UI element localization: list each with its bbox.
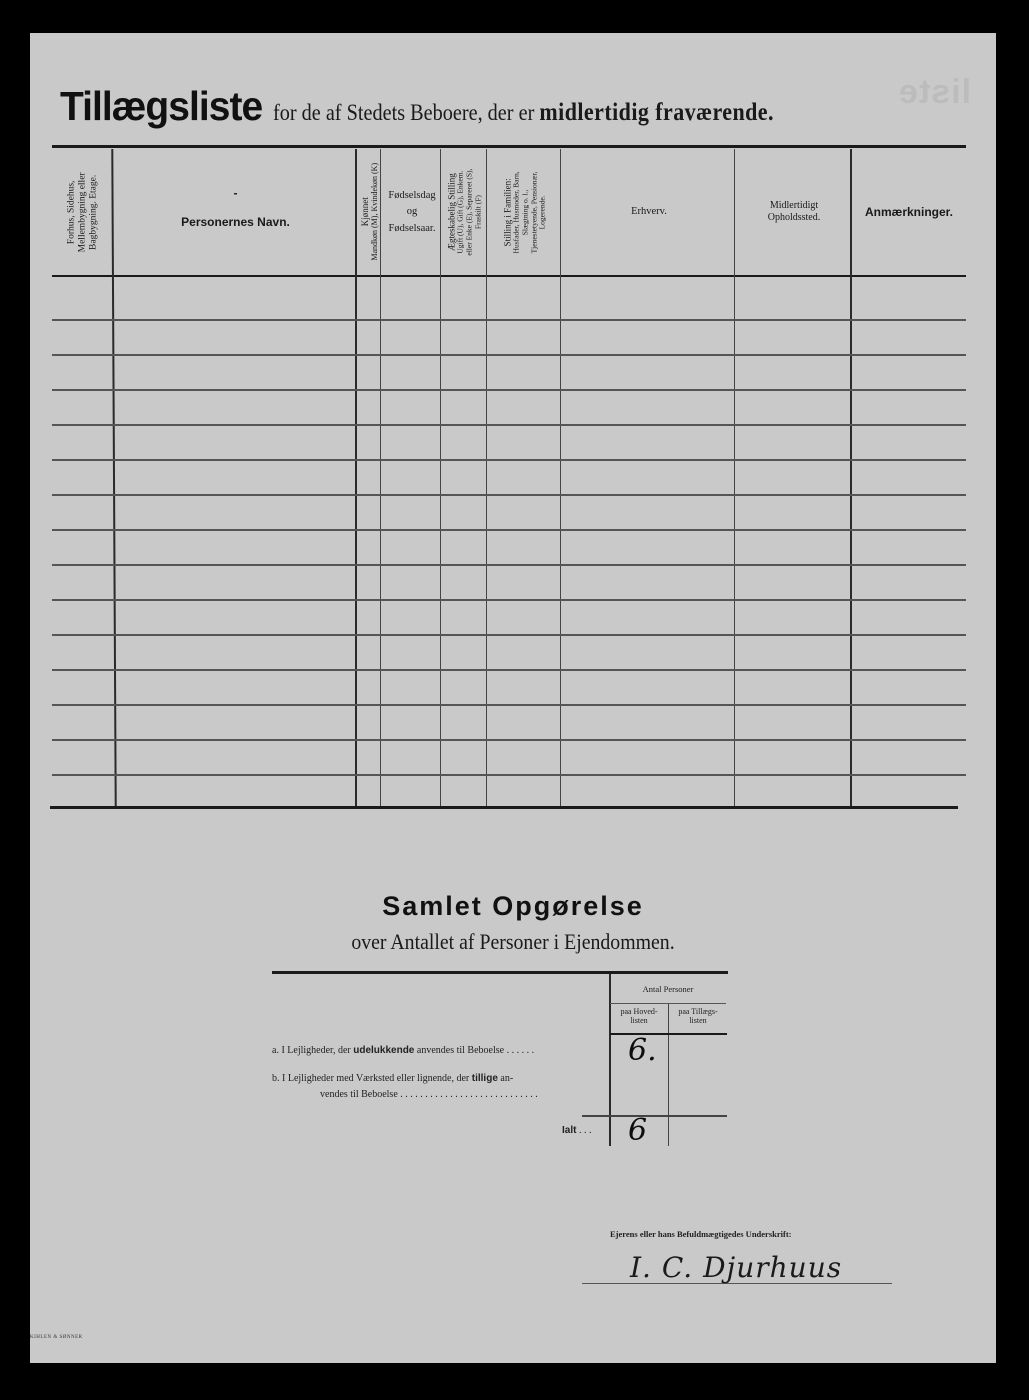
col-divider <box>560 149 561 807</box>
col-header-opholdssted: Midlertidigt Opholdssted. <box>736 149 852 275</box>
row-line <box>52 564 966 566</box>
bleed-through-watermark: liste <box>898 73 971 112</box>
row-line <box>52 704 966 706</box>
row-line <box>52 669 966 671</box>
summary-row-b-label: b. I Lejligheder med Værksted eller lign… <box>272 1073 513 1084</box>
col-divider <box>734 149 735 807</box>
summary-total-hoved-value: 6 <box>628 1113 647 1148</box>
owner-signature: I. C. Djurhuus <box>630 1251 842 1284</box>
title-subtitle: for de af Stedets Beboere, der er midler… <box>273 99 774 127</box>
col-header-anmaerkninger: Anmærkninger. <box>852 149 966 275</box>
table-bottom-rule <box>50 806 958 809</box>
row-line <box>52 739 966 741</box>
printer-imprint: KIHLEN & SØNNER <box>30 1335 83 1340</box>
summary-row-a-hoved-value: 6. <box>628 1033 657 1068</box>
col-divider <box>355 149 357 807</box>
col-header-navn: - Personernes Navn. <box>114 149 357 275</box>
row-line <box>52 494 966 496</box>
col-header-bygning: Forhus, Sidehus, Mellembygning eller Bag… <box>52 149 114 275</box>
row-line <box>52 599 966 601</box>
header-bottom-rule <box>52 275 966 277</box>
col-header-aegteskab: Ægteskabelig Stilling Ugift (U), Gift (G… <box>442 149 488 275</box>
col-header-fodsel: Fødselsdag og Fødselsaar. <box>382 149 442 275</box>
row-line <box>52 459 966 461</box>
row-line <box>52 529 966 531</box>
row-line <box>52 424 966 426</box>
census-form-page: liste Tillægsliste for de af Stedets Beb… <box>30 33 996 1363</box>
group-header-antal-personer: Antal Personer <box>610 984 726 994</box>
col-divider <box>440 149 441 807</box>
signature-label: Ejerens eller hans Befuldmægtigedes Unde… <box>610 1229 791 1239</box>
col-header-familie: Stilling i Familien: Husfader, Husmoder,… <box>488 149 562 275</box>
summary-total-rule <box>582 1115 727 1117</box>
summary-group-rule <box>610 1003 726 1004</box>
summary-title: Samlet Opgørelse <box>30 891 996 922</box>
col-header-hovedlisten: paa Hoved- listen <box>610 1008 668 1026</box>
row-line <box>52 319 966 321</box>
summary-total-label: Ialt . . . <box>562 1125 591 1136</box>
title-sub-bold: midlertidig fraværende. <box>539 99 774 126</box>
form-title: Tillægsliste for de af Stedets Beboere, … <box>60 83 842 130</box>
title-sub-regular: for de af Stedets Beboere, der er <box>273 100 534 125</box>
row-line <box>52 354 966 356</box>
col-header-kjon: Kjønnet Mandkøn (M), Kvindekøn (K) <box>357 149 382 275</box>
col-divider <box>380 149 381 807</box>
summary-col-divider <box>609 974 611 1146</box>
summary-row-b-label-line2: vendes til Beboelse . . . . . . . . . . … <box>320 1089 538 1100</box>
col-header-tillaegslisten: paa Tillægs- listen <box>669 1008 727 1026</box>
col-divider <box>850 149 852 807</box>
row-line <box>52 774 966 776</box>
col-divider <box>486 149 487 807</box>
row-line <box>52 389 966 391</box>
summary-top-rule <box>272 971 728 974</box>
title-main: Tillægsliste <box>60 83 262 130</box>
header-top-rule <box>52 145 966 148</box>
summary-row-a-label: a. I Lejligheder, der udelukkende anvend… <box>272 1045 534 1056</box>
summary-subtitle: over Antallet af Personer i Ejendommen. <box>78 929 947 955</box>
row-line <box>52 634 966 636</box>
col-header-erhverv: Erhverv. <box>562 149 736 275</box>
